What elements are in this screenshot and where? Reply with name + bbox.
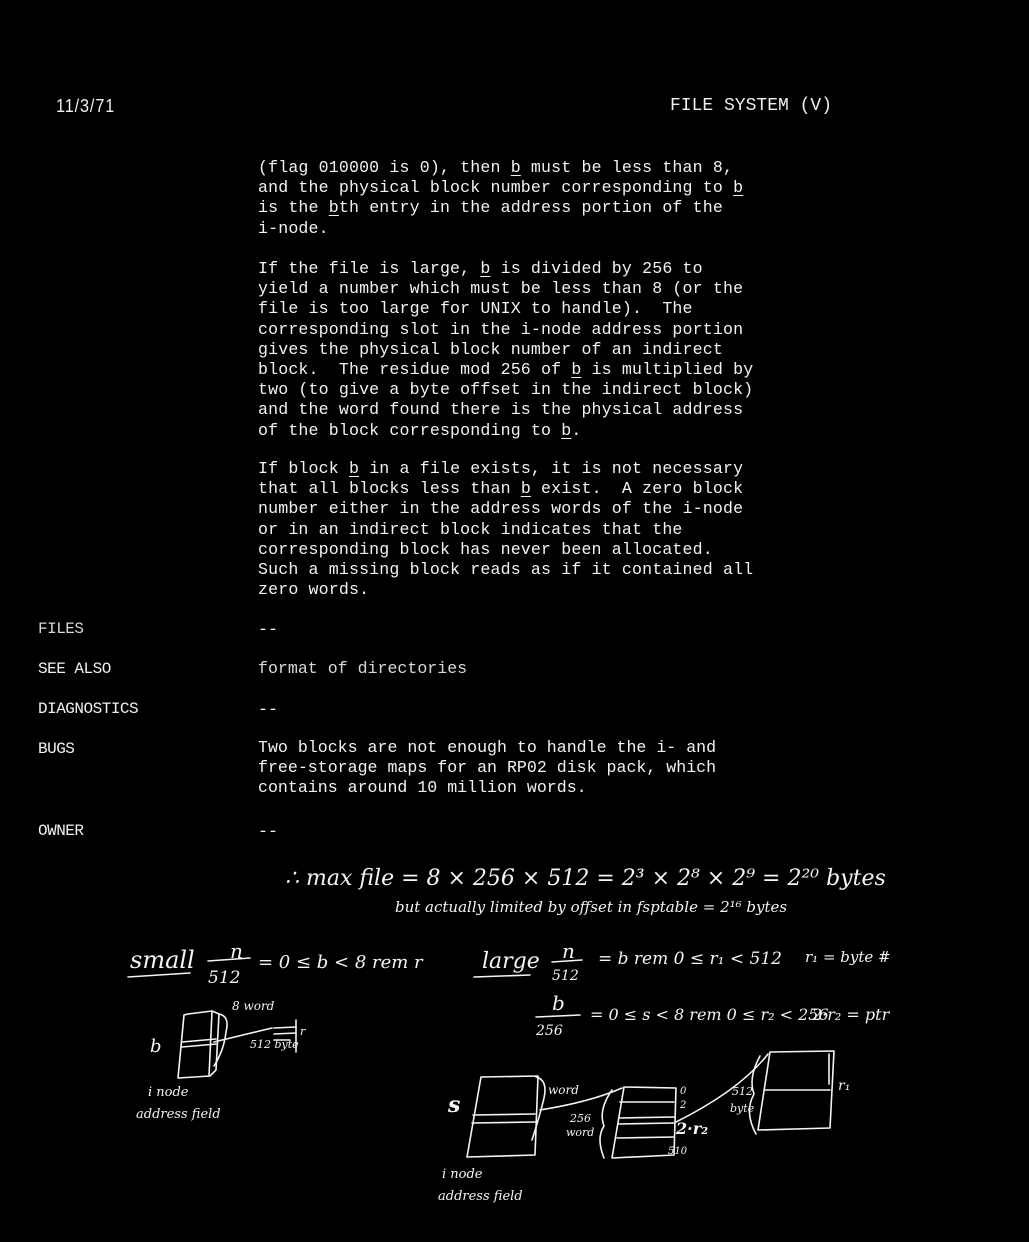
large-frac-num: n [562,939,575,963]
svg-text:2·r₂: 2·r₂ [675,1119,708,1138]
svg-text:r: r [300,1025,306,1038]
svg-text:byte: byte [730,1102,755,1115]
note-large-formula: = b rem 0 ≤ r₁ < 512 [598,949,782,969]
underlined-variable: b [521,479,531,498]
underlined-variable: b [733,178,743,197]
page-title: FILE SYSTEM (V) [670,96,832,116]
svg-text:512: 512 [732,1085,753,1098]
svg-text:r₁: r₁ [838,1078,850,1094]
svg-text:512 byte: 512 byte [250,1038,299,1051]
svg-text:i node: i node [148,1085,189,1100]
b-frac-num: b [552,991,565,1015]
large-frac-bar [552,960,582,962]
svg-text:2: 2 [679,1100,686,1111]
svg-text:word: word [548,1083,579,1097]
svg-text:256: 256 [569,1112,591,1125]
svg-text:8 word: 8 word [232,999,275,1013]
svg-text:address field: address field [136,1107,221,1122]
handwritten-annotations: ∴ max file = 8 × 256 × 512 = 2³ × 2⁸ × 2… [0,840,1029,1242]
svg-text:address field: address field [438,1189,523,1204]
svg-text:0: 0 [680,1086,687,1097]
note-max-file: ∴ max file = 8 × 256 × 512 = 2³ × 2⁸ × 2… [285,866,886,891]
svg-text:s: s [447,1092,460,1118]
section-label-owner: OWNER [38,822,84,840]
section-value-bugs: Two blocks are not enough to handle the … [258,738,716,799]
note-small-formula: = 0 ≤ b < 8 rem r [258,952,424,973]
section-label-see-also: SEE ALSO [38,660,111,678]
diagram-large-file: s word 0 2 2·r₂ 510 256 word r₁ 512 byte… [438,1051,850,1204]
note-actually-limited: but actually limited by offset in fsptab… [395,898,787,916]
b-frac-den: 256 [535,1023,563,1039]
note-small-label: small [130,946,195,974]
small-frac-bar [208,958,250,961]
note-ptr: 2·r₂ = ptr [811,1005,891,1024]
section-value-see-also: format of directories [258,659,467,679]
note-r1-byte: r₁ = byte # [805,948,891,966]
section-value-diagnostics: -- [258,700,278,720]
note-large-label: large [482,949,540,974]
underlined-variable: b [349,459,359,478]
paragraph-large-file: If the file is large, b is divided by 25… [258,259,898,441]
underlined-variable: b [561,421,571,440]
page-date: 11/3/71 [56,96,115,117]
underlined-variable: b [571,360,581,379]
underlined-variable: b [329,198,339,217]
section-label-bugs: BUGS [38,740,74,758]
large-frac-den: 512 [552,968,579,984]
note-b-formula: = 0 ≤ s < 8 rem 0 ≤ r₂ < 256 [590,1005,829,1024]
b-frac-bar [536,1015,580,1017]
large-underline [474,975,530,977]
small-frac-den: 512 [208,968,240,988]
paragraph-missing-blocks: If block b in a file exists, it is not n… [258,459,898,600]
svg-text:510: 510 [668,1146,688,1157]
svg-text:i node: i node [442,1167,483,1182]
paragraph-small-file: (flag 010000 is 0), then b must be less … [258,158,898,239]
diagram-small-file: b 8 word r 512 byte i node address field [136,999,306,1122]
section-label-files: FILES [38,620,84,638]
underlined-variable: b [480,259,490,278]
svg-text:b: b [150,1036,162,1057]
underlined-variable: b [511,158,521,177]
section-value-files: -- [258,620,278,640]
section-label-diagnostics: DIAGNOSTICS [38,700,138,718]
svg-text:word: word [566,1126,594,1139]
